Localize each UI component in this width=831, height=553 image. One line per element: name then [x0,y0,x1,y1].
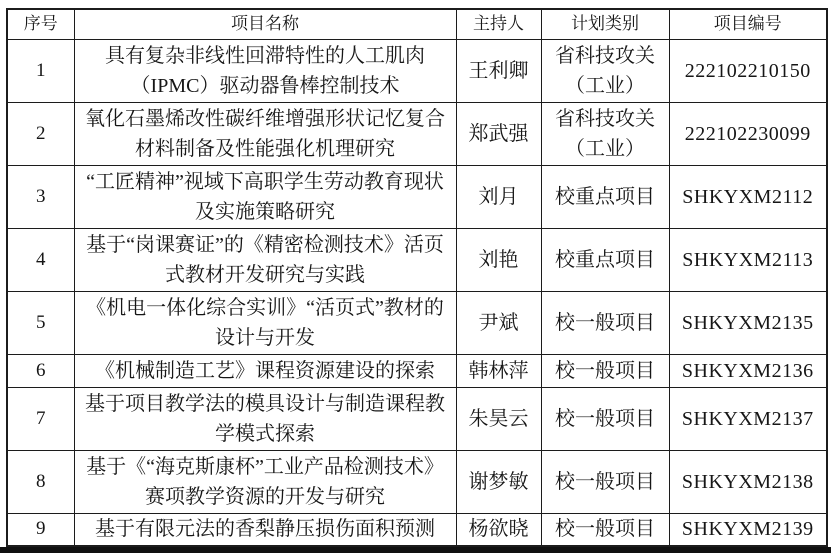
cell-project-name: 基于“岗课赛证”的《精密检测技术》活页式教材开发研究与实践 [74,228,456,291]
cell-seq: 9 [7,513,74,546]
cell-project-code: 222102210150 [669,39,827,102]
col-header-leader: 主持人 [456,9,541,39]
cell-category: 省科技攻关（工业） [541,102,669,165]
table-row: 2 氧化石墨烯改性碳纤维增强形状记忆复合材料制备及性能强化机理研究 郑武强 省科… [7,102,827,165]
projects-table: 序号 项目名称 主持人 计划类别 项目编号 1 具有复杂非线性回滞特性的人工肌肉… [6,8,828,547]
cell-seq: 6 [7,354,74,387]
col-header-project-name: 项目名称 [74,9,456,39]
col-header-seq: 序号 [7,9,74,39]
cell-seq: 3 [7,165,74,228]
table-row: 7 基于项目教学法的模具设计与制造课程教学模式探索 朱昊云 校一般项目 SHKY… [7,387,827,450]
cell-project-code: SHKYXM2137 [669,387,827,450]
cell-leader: 杨欲晓 [456,513,541,546]
cell-project-name: 基于项目教学法的模具设计与制造课程教学模式探索 [74,387,456,450]
table-row: 5 《机电一体化综合实训》“活页式”教材的设计与开发 尹斌 校一般项目 SHKY… [7,291,827,354]
col-header-project-code: 项目编号 [669,9,827,39]
cell-leader: 朱昊云 [456,387,541,450]
cell-leader: 刘艳 [456,228,541,291]
table-row: 4 基于“岗课赛证”的《精密检测技术》活页式教材开发研究与实践 刘艳 校重点项目… [7,228,827,291]
cell-project-code: 222102230099 [669,102,827,165]
cell-project-name: 具有复杂非线性回滞特性的人工肌肉（IPMC）驱动器鲁棒控制技术 [74,39,456,102]
cell-project-name: 氧化石墨烯改性碳纤维增强形状记忆复合材料制备及性能强化机理研究 [74,102,456,165]
cell-seq: 5 [7,291,74,354]
cell-project-name: 《机电一体化综合实训》“活页式”教材的设计与开发 [74,291,456,354]
header-row: 序号 项目名称 主持人 计划类别 项目编号 [7,9,827,39]
cell-project-code: SHKYXM2136 [669,354,827,387]
cell-seq: 8 [7,450,74,513]
cell-category: 校重点项目 [541,165,669,228]
cell-leader: 尹斌 [456,291,541,354]
cell-seq: 7 [7,387,74,450]
cell-project-code: SHKYXM2138 [669,450,827,513]
table-row: 9 基于有限元法的香梨静压损伤面积预测 杨欲晓 校一般项目 SHKYXM2139 [7,513,827,546]
cell-leader: 韩林萍 [456,354,541,387]
cell-category: 校一般项目 [541,291,669,354]
page-bottom-edge [0,547,831,553]
cell-seq: 1 [7,39,74,102]
table-row: 1 具有复杂非线性回滞特性的人工肌肉（IPMC）驱动器鲁棒控制技术 王利卿 省科… [7,39,827,102]
table-row: 8 基于《“海克斯康杯”工业产品检测技术》赛项教学资源的开发与研究 谢梦敏 校一… [7,450,827,513]
cell-project-name: “工匠精神”视域下高职学生劳动教育现状及实施策略研究 [74,165,456,228]
table-row: 3 “工匠精神”视域下高职学生劳动教育现状及实施策略研究 刘月 校重点项目 SH… [7,165,827,228]
col-header-category: 计划类别 [541,9,669,39]
cell-project-code: SHKYXM2139 [669,513,827,546]
cell-leader: 王利卿 [456,39,541,102]
cell-category: 校一般项目 [541,387,669,450]
cell-leader: 郑武强 [456,102,541,165]
cell-category: 校一般项目 [541,513,669,546]
cell-leader: 刘月 [456,165,541,228]
cell-category: 校一般项目 [541,450,669,513]
cell-leader: 谢梦敏 [456,450,541,513]
cell-category: 校重点项目 [541,228,669,291]
cell-project-name: 《机械制造工艺》课程资源建设的探索 [74,354,456,387]
cell-seq: 2 [7,102,74,165]
cell-project-code: SHKYXM2135 [669,291,827,354]
cell-category: 省科技攻关（工业） [541,39,669,102]
cell-category: 校一般项目 [541,354,669,387]
cell-seq: 4 [7,228,74,291]
table-row: 6 《机械制造工艺》课程资源建设的探索 韩林萍 校一般项目 SHKYXM2136 [7,354,827,387]
cell-project-code: SHKYXM2113 [669,228,827,291]
cell-project-name: 基于《“海克斯康杯”工业产品检测技术》赛项教学资源的开发与研究 [74,450,456,513]
cell-project-code: SHKYXM2112 [669,165,827,228]
cell-project-name: 基于有限元法的香梨静压损伤面积预测 [74,513,456,546]
